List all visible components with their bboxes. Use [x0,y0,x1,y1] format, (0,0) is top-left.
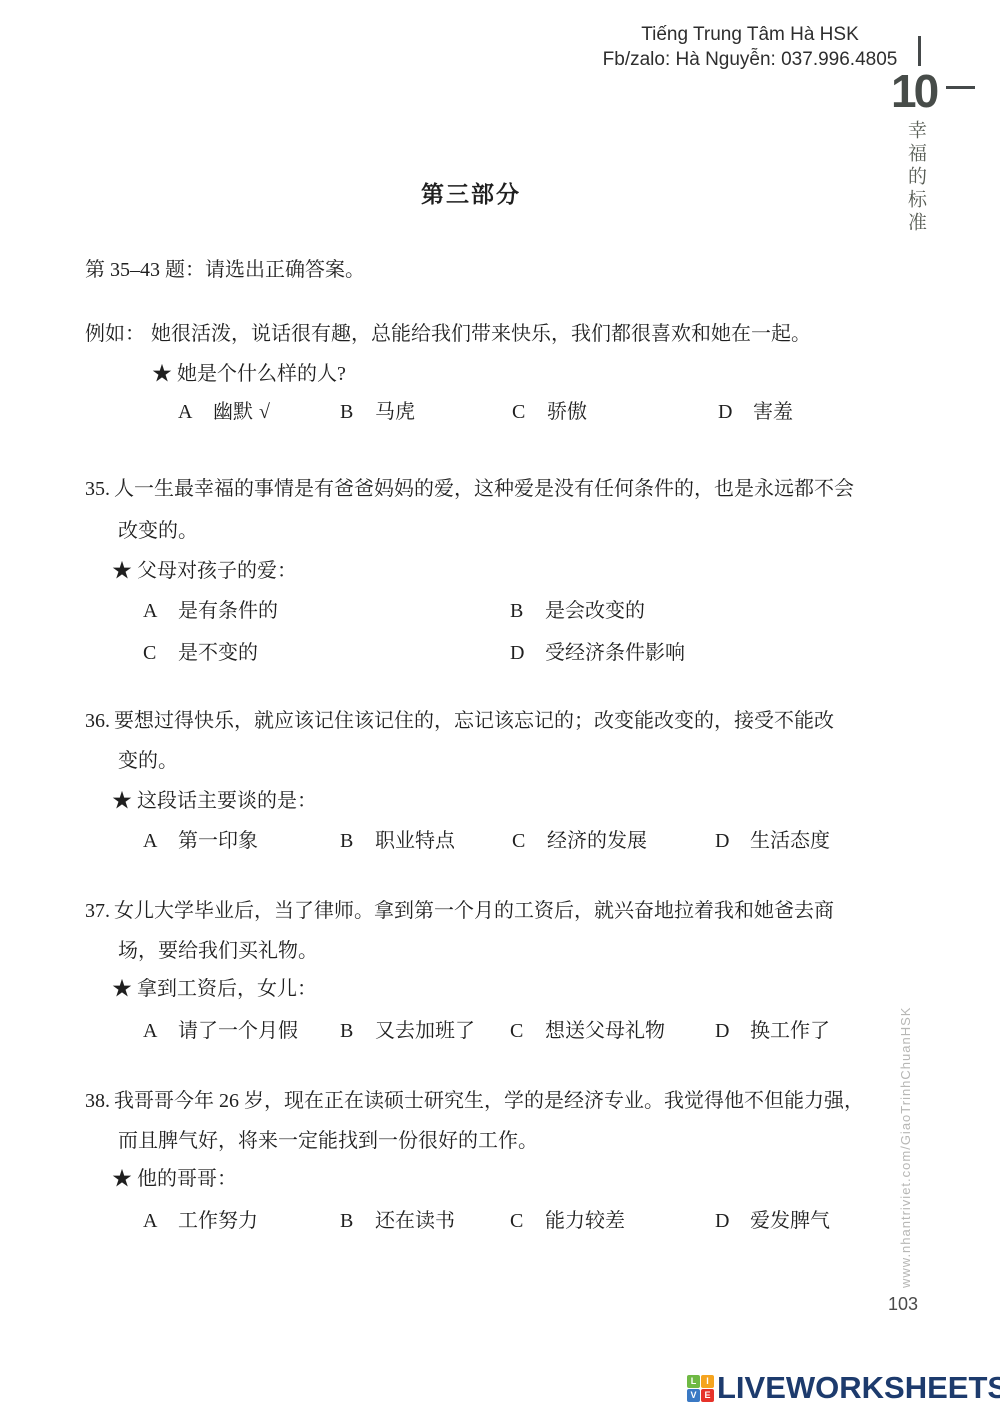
question-38-option-b[interactable]: B还在读书 [340,1204,455,1233]
option-letter: A [178,401,213,424]
question-number: 38. [85,1090,110,1113]
option-text: 是会改变的 [545,600,645,622]
question-passage: 女儿大学毕业后，当了律师。拿到第一个月的工资后，就兴奋地拉着我和她爸去商 [114,900,834,922]
example-passage-line: 例如：她很活泼，说话很有趣，总能给我们带来快乐，我们都很喜欢和她在一起。 [85,317,811,346]
option-text: 第一印象 [178,830,258,852]
option-letter: C [512,401,547,424]
question-38-prompt: ★ 他的哥哥： [112,1162,237,1191]
chapter-tick-mark [918,36,921,66]
question-passage: 要想过得快乐，就应该记住该记住的，忘记该忘记的；改变能改变的，接受不能改 [114,710,834,732]
chapter-dash-mark [946,86,975,89]
option-text: 工作努力 [178,1210,258,1232]
option-text: 受经济条件影响 [545,642,685,664]
question-36-option-d[interactable]: D生活态度 [715,824,830,853]
option-text: 想送父母礼物 [545,1020,665,1042]
question-35-option-b[interactable]: B是会改变的 [510,594,645,623]
option-text: 能力较差 [545,1210,625,1232]
chapter-number: 10 [891,64,936,118]
option-letter: A [143,600,178,623]
question-36-line2: 变的。 [118,744,178,773]
question-35-option-d[interactable]: D受经济条件影响 [510,636,685,665]
option-letter: B [340,1020,375,1043]
question-35-option-a[interactable]: A是有条件的 [143,594,278,623]
question-37-option-b[interactable]: B又去加班了 [340,1014,475,1043]
page-number: 103 [888,1294,918,1315]
question-35-option-c[interactable]: C是不变的 [143,636,258,665]
option-text: 职业特点 [375,830,455,852]
example-passage: 她很活泼，说话很有趣，总能给我们带来快乐，我们都很喜欢和她在一起。 [151,323,811,345]
question-37-line1: 37.女儿大学毕业后，当了律师。拿到第一个月的工资后，就兴奋地拉着我和她爸去商 [85,894,834,923]
example-option-b[interactable]: B马虎 [340,395,415,424]
option-text: 爱发脾气 [750,1210,830,1232]
question-37-option-d[interactable]: D换工作了 [715,1014,830,1043]
question-37-line2: 场，要给我们买礼物。 [118,934,318,963]
logo-square-e: E [701,1389,714,1402]
option-letter: C [143,642,178,665]
option-text: 请了一个月假 [178,1020,298,1042]
option-letter: D [715,1210,750,1233]
option-text: 是有条件的 [178,600,278,622]
option-letter: C [512,830,547,853]
option-text: 是不变的 [178,642,258,664]
option-letter: D [510,642,545,665]
question-36-option-a[interactable]: A第一印象 [143,824,258,853]
question-number: 36. [85,710,110,733]
option-letter: A [143,1020,178,1043]
header-contact: Fb/zalo: Hà Nguyễn: 037.996.4805 [560,47,940,72]
question-number: 37. [85,900,110,923]
liveworksheets-logo[interactable]: L I V E LIVEWORKSHEETS [687,1370,1000,1406]
option-letter: A [143,830,178,853]
option-text: 幽默 [213,401,253,423]
question-number: 35. [85,478,110,501]
question-37-prompt: ★ 拿到工资后，女儿： [112,972,317,1001]
question-passage: 人一生最幸福的事情是有爸爸妈妈的爱，这种爱是没有任何条件的，也是永远都不会 [114,478,854,500]
option-letter: D [718,401,753,424]
question-38-line1: 38.我哥哥今年 26 岁，现在正在读硕士研究生，学的是经济专业。我觉得他不但能… [85,1084,864,1113]
section-title: 第三部分 [91,176,851,209]
logo-square-i: I [701,1375,714,1388]
option-letter: B [510,600,545,623]
option-letter: B [340,401,375,424]
example-option-c[interactable]: C骄傲 [512,395,587,424]
question-passage: 我哥哥今年 26 岁，现在正在读硕士研究生，学的是经济专业。我觉得他不但能力强， [114,1090,864,1112]
header-center-name: Tiếng Trung Tâm Hà HSK [560,22,940,47]
question-36-line1: 36.要想过得快乐，就应该记住该记住的，忘记该忘记的；改变能改变的，接受不能改 [85,704,834,733]
question-38-option-c[interactable]: C能力较差 [510,1204,625,1233]
option-letter: A [143,1210,178,1233]
question-35-prompt: ★ 父母对孩子的爱： [112,554,297,583]
logo-square-l: L [687,1375,700,1388]
question-38-option-d[interactable]: D爱发脾气 [715,1204,830,1233]
option-text: 马虎 [375,401,415,423]
example-label: 例如： [85,317,145,346]
question-35-line1: 35.人一生最幸福的事情是有爸爸妈妈的爱，这种爱是没有任何条件的，也是永远都不会 [85,472,854,501]
header: Tiếng Trung Tâm Hà HSK Fb/zalo: Hà Nguyễ… [560,22,940,72]
chapter-title-vertical: 幸福的标准 [902,120,929,235]
question-38-option-a[interactable]: A工作努力 [143,1204,258,1233]
option-text: 还在读书 [375,1210,455,1232]
option-letter: D [715,830,750,853]
option-letter: B [340,830,375,853]
question-36-prompt: ★ 这段话主要谈的是： [112,784,317,813]
option-text: 骄傲 [547,401,587,423]
worksheet-page: Tiếng Trung Tâm Hà HSK Fb/zalo: Hà Nguyễ… [0,0,1000,1414]
check-mark: √ [259,401,270,423]
option-text: 害羞 [753,401,793,423]
logo-square-v: V [687,1389,700,1402]
option-text: 换工作了 [750,1020,830,1042]
example-option-d[interactable]: D害羞 [718,395,793,424]
logo-text: LIVEWORKSHEETS [717,1370,1000,1406]
logo-squares-icon: L I V E [687,1375,714,1402]
option-letter: B [340,1210,375,1233]
option-text: 生活态度 [750,830,830,852]
section-instructions: 第 35–43 题：请选出正确答案。 [85,253,365,282]
question-38-line2: 而且脾气好，将来一定能找到一份很好的工作。 [118,1124,538,1153]
option-text: 又去加班了 [375,1020,475,1042]
question-36-option-c[interactable]: C经济的发展 [512,824,647,853]
example-option-a[interactable]: A幽默√ [178,395,270,424]
option-text: 经济的发展 [547,830,647,852]
example-question: ★ 她是个什么样的人? [152,357,346,386]
question-37-option-c[interactable]: C想送父母礼物 [510,1014,665,1043]
option-letter: D [715,1020,750,1043]
option-letter: C [510,1210,545,1233]
question-35-line2: 改变的。 [118,514,198,543]
option-letter: C [510,1020,545,1043]
question-37-option-a[interactable]: A请了一个月假 [143,1014,298,1043]
site-url-vertical: www.nhantriviet.com/GiaoTrinhChuanHSK [898,988,913,1288]
question-36-option-b[interactable]: B职业特点 [340,824,455,853]
